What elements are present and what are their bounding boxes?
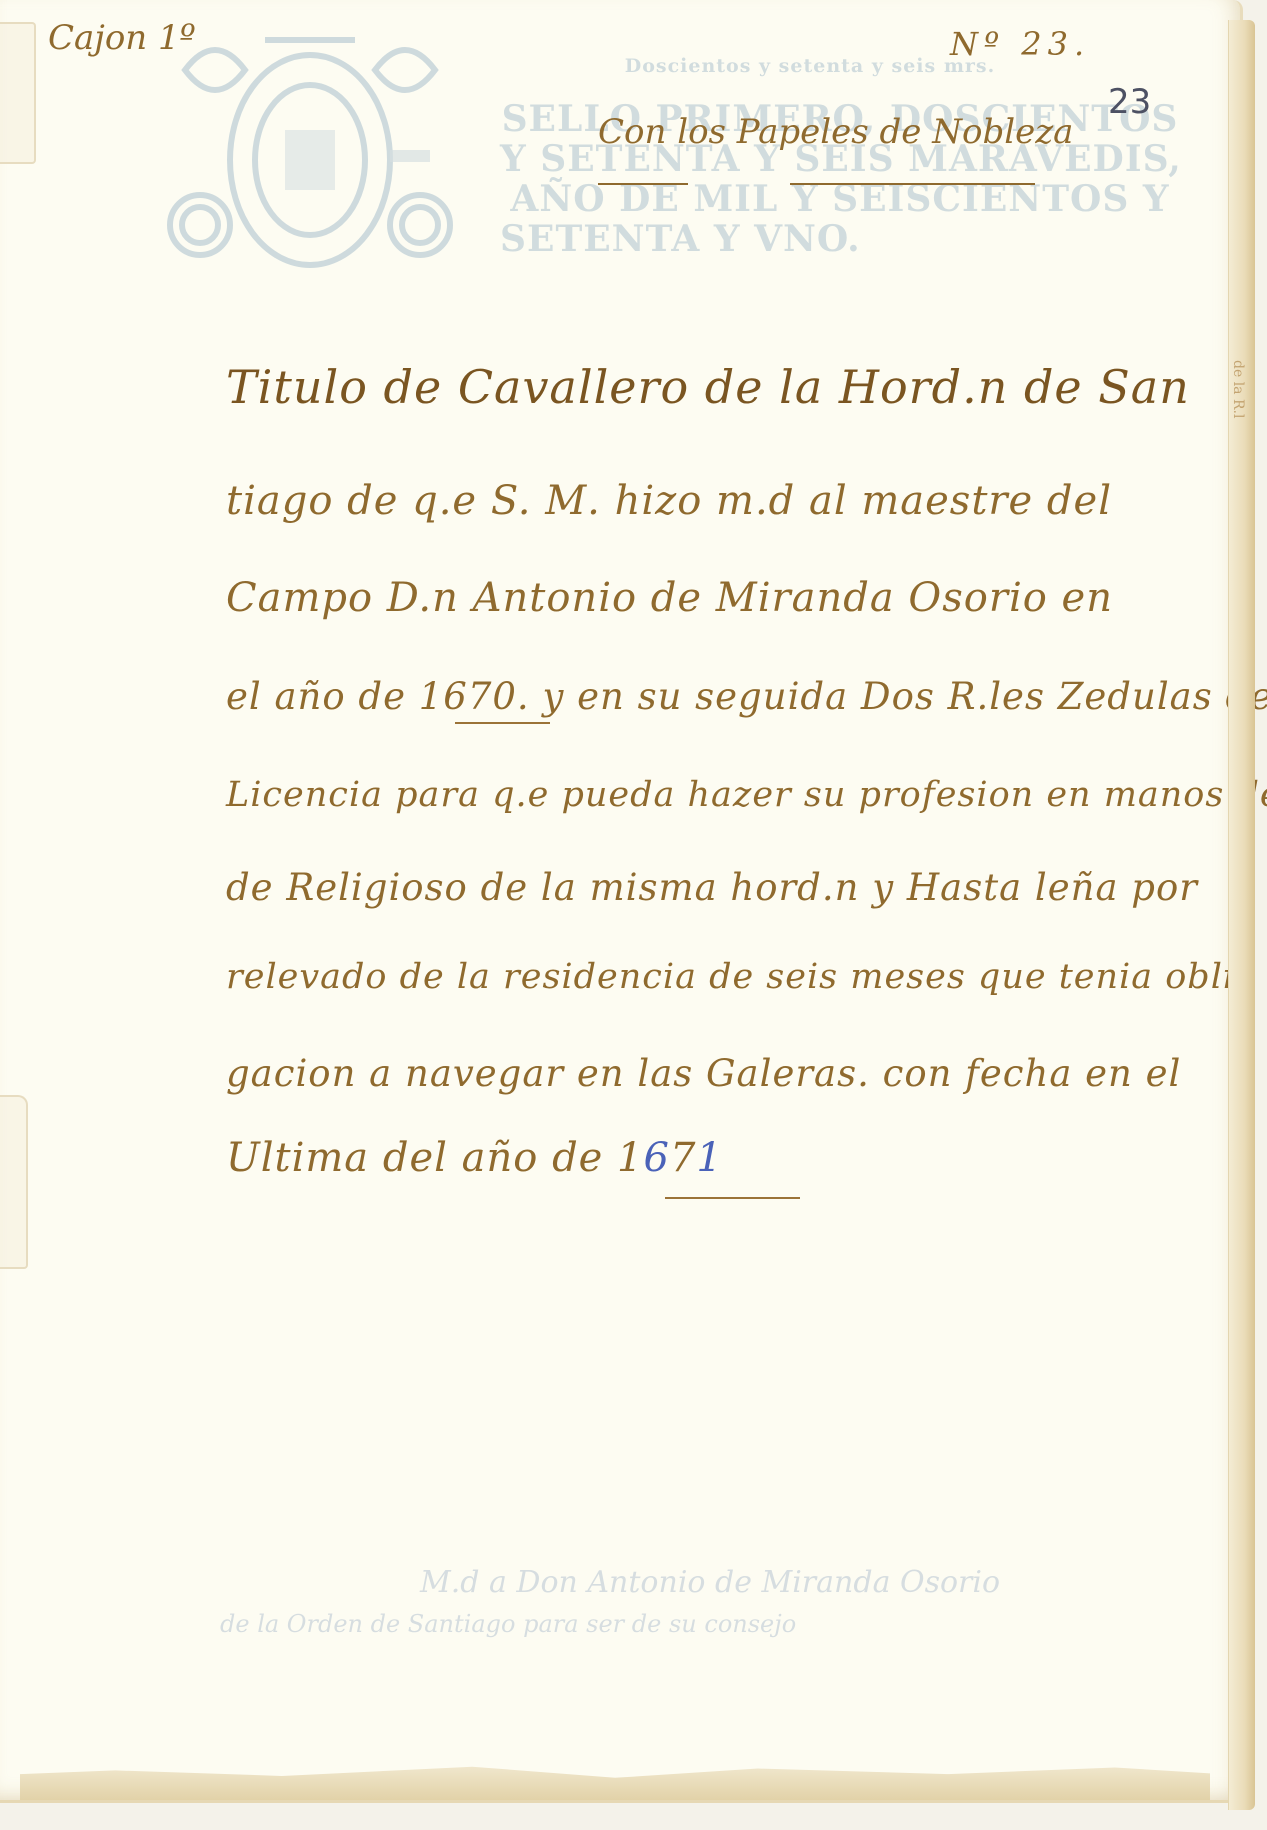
final-line-prefix: Ultima del año: [226, 1135, 552, 1181]
torn-bottom-edge: [20, 1763, 1210, 1800]
bleed-through-line-2: de la Orden de Santiago para ser de su c…: [220, 1610, 796, 1638]
body-line-3: Campo D.n Antonio de Miranda Osorio en: [226, 575, 1113, 621]
document-number: Nº 23.: [950, 25, 1090, 63]
body-line-9: Ultima del año de 1671 Ultima del año de…: [226, 1135, 723, 1181]
body-line-5: Licencia para q.e pueda hazer su profesi…: [226, 775, 1267, 815]
binding-tab-bottom: [0, 1095, 28, 1269]
body-line-7: relevado de la residencia de seis meses …: [226, 957, 1235, 997]
body-line-6: de Religioso de la misma hord.n y Hasta …: [226, 866, 1198, 909]
year-1670-underline: [455, 722, 550, 724]
document-heading: Con los Papeles de Nobleza: [598, 112, 1073, 152]
heading-underline-2: [790, 183, 1035, 185]
bleed-through-line-1: M.d a Don Antonio de Miranda Osorio: [420, 1565, 1000, 1600]
corner-note: Cajon 1º: [48, 18, 196, 58]
page-edge-note: de la R.l: [1235, 360, 1249, 418]
archive-number: 23: [1108, 82, 1151, 122]
year-1671-prefix: de 1: [552, 1135, 643, 1181]
stamp-line-4: AÑO DE MIL Y SEISCIENTOS Y: [500, 179, 1180, 219]
manuscript-page: Doscientos y setenta y seis mrs. SELLO P…: [0, 0, 1243, 1803]
body-line-2: tiago de q.e S. M. hizo m.d al maestre d…: [226, 478, 1112, 524]
binding-tab-top: [0, 22, 36, 164]
body-line-1: Titulo de Cavallero de la Hord.n de San: [226, 360, 1190, 414]
body-line-4: el año de 1670. y en su seguida Dos R.le…: [226, 675, 1267, 718]
printed-stamp-text: Doscientos y setenta y seis mrs. SELLO P…: [500, 55, 1180, 259]
year-1671-suffix: 7: [670, 1135, 696, 1181]
heading-underline-1: [598, 183, 688, 185]
page-edge-stack: [1228, 20, 1255, 1810]
stamp-line-5: SETENTA Y VNO.: [500, 219, 1180, 259]
year-1671-blue-correction: 6: [644, 1135, 670, 1181]
year-1671-underline: [665, 1197, 800, 1199]
year-1671-last-digit: 1: [696, 1135, 722, 1181]
body-line-8: gacion a navegar en las Galeras. con fec…: [226, 1052, 1181, 1095]
